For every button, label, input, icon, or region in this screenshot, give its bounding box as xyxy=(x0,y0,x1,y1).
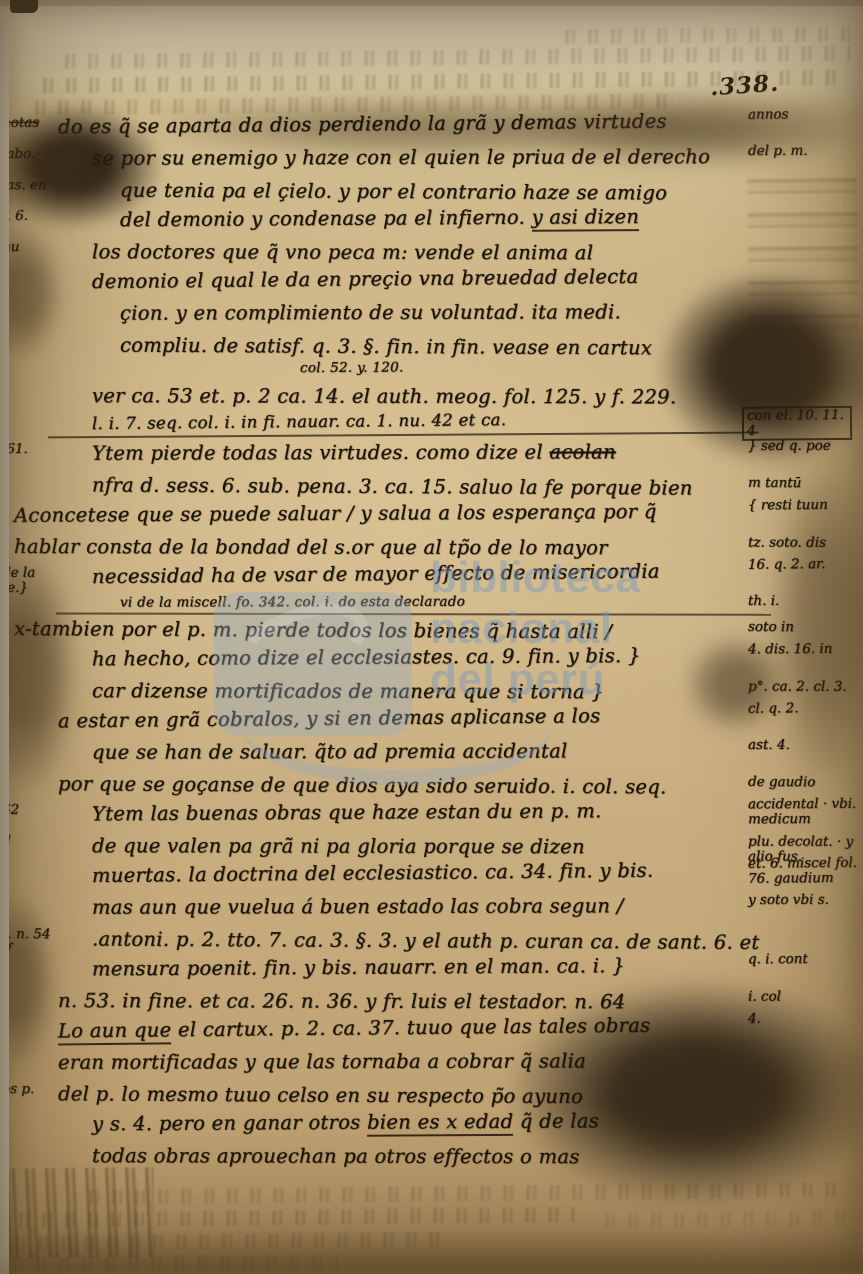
margin-note-right: 16. q. 2. ar. xyxy=(748,557,860,573)
bleed-through-line xyxy=(4,1167,155,1259)
line-text: del demonio y condenase pa el infierno. … xyxy=(120,201,639,235)
line-text: Ytem pierde todas las virtudes. como diz… xyxy=(92,436,616,468)
margin-note-right: accidental · vbi. medicum xyxy=(748,797,860,828)
line-text: çion. y en complimiento de su voluntad. … xyxy=(120,296,621,328)
margin-note-right: 4. dis. 16. in xyxy=(748,642,860,658)
manuscript-line: ha hecho, como dize el ecclesiastes. ca.… xyxy=(0,639,863,675)
margin-note-left: nu xyxy=(2,240,56,255)
bleed-through-line xyxy=(60,46,850,69)
manuscript-line: Aconcetese que se puede saluar / y salua… xyxy=(0,495,863,531)
margin-note-right: 4. xyxy=(748,1011,860,1027)
manuscript-line: eran mortificadas y que las tornaba a co… xyxy=(0,1045,863,1078)
line-text: Aconcetese que se puede saluar / y salua… xyxy=(14,496,657,531)
line-text: muertas. la doctrina del ecclesiastico. … xyxy=(92,855,654,891)
line-text: necessidad ha de vsar de mayor effecto d… xyxy=(92,556,660,592)
margin-note-left: d xyxy=(2,834,56,849)
margin-note-left: iabo. xyxy=(2,147,56,162)
scan-edge xyxy=(0,0,863,6)
margin-note-right: q. i. cont xyxy=(748,952,860,968)
line-text: do es q̃ se aparta da dios perdiendo la … xyxy=(58,106,667,143)
manuscript-line: iabo.se por su enemigo y haze con el qui… xyxy=(0,141,863,174)
bleed-through-line xyxy=(84,1182,844,1205)
line-text: se por su enemigo y haze con el quien le… xyxy=(92,141,710,174)
bleed-through-line xyxy=(600,1211,850,1229)
manuscript-line: vi de la miscell. fo. 342. col. i. do es… xyxy=(0,591,863,613)
manuscript-line: y s. 4. pero en ganar otros bien es x ed… xyxy=(0,1104,863,1140)
manuscript-line: col. 52. y. 120. xyxy=(0,355,863,380)
line-text: Ytem las buenas obras que haze estan du … xyxy=(92,795,602,829)
line-text: eran mortificadas y que las tornaba a co… xyxy=(58,1045,586,1077)
line-text: demonio el qual le da en preçio vna breu… xyxy=(92,261,639,297)
line-text: vi de la miscell. fo. 342. col. i. do es… xyxy=(120,592,465,613)
line-text: y s. 4. pero en ganar otros bien es x ed… xyxy=(92,1105,599,1139)
margin-note-left: os p. xyxy=(2,1082,56,1097)
margin-note-right: p°. ca. 2. cl. 3. xyxy=(748,680,860,695)
margin-note-right: y soto vbi s. xyxy=(748,893,860,908)
line-text: Lo aun que el cartux. p. 2. ca. 37. tuuo… xyxy=(58,1010,651,1047)
margin-note-right: tz. soto. dis xyxy=(748,536,860,551)
scan-edge xyxy=(0,0,9,1274)
manuscript-page: .338. notasdo es q̃ se aparta da dios pe… xyxy=(0,0,863,1274)
line-text: mensura poenit. fin. y bis. nauarr. en e… xyxy=(92,950,625,984)
line-text: que se han de saluar. q̃to ad premia acc… xyxy=(92,736,568,768)
line-text: a estar en grã cobralos, y si en demas a… xyxy=(58,700,601,736)
line-text: ha hecho, como dize el ecclesiastes. ca.… xyxy=(92,640,641,674)
margin-note-right: i. col xyxy=(748,990,860,1005)
margin-note-right: et. 6. miscel fol. 76. gaudium xyxy=(748,856,860,887)
line-text: todas obras aprouechan pa otros effectos… xyxy=(92,1140,580,1172)
manuscript-text-block: notasdo es q̃ se aparta da dios perdiend… xyxy=(0,112,863,1171)
manuscript-line: que se han de saluar. q̃to ad premia acc… xyxy=(0,735,863,768)
margin-note-right: annos xyxy=(748,107,860,123)
manuscript-line: mensura poenit. fin. y bis. nauarr. en e… xyxy=(0,949,863,985)
margin-note-left: f. 6. xyxy=(2,209,56,224)
margin-note-left: notas xyxy=(2,115,56,131)
folio-number: .338. xyxy=(709,70,780,102)
margin-note-right: cl. q. 2. xyxy=(748,701,860,717)
margin-note-right: th. i. xyxy=(748,594,860,609)
corner-mark xyxy=(10,0,38,13)
margin-note-right: del p. m. xyxy=(748,144,860,159)
manuscript-line: çion. y en complimiento de su voluntad. … xyxy=(0,296,863,329)
manuscript-line: todas obras aprouechan pa otros effectos… xyxy=(0,1140,863,1173)
margin-note-left: .61. xyxy=(2,442,56,457)
margin-note-right: soto in xyxy=(748,620,860,636)
manuscript-line: 62Ytem las buenas obras que haze estan d… xyxy=(0,794,863,830)
line-text: l. i. 7. seq. col. i. in fi. nauar. ca. … xyxy=(92,406,507,437)
manuscript-line: f. 6.del demonio y condenase pa el infie… xyxy=(0,200,863,236)
margin-note-right: de gaudio xyxy=(748,775,860,791)
line-text: mas aun que vuelua á buen estado las cob… xyxy=(92,890,624,922)
line-text: col. 52. y. 120. xyxy=(300,358,404,379)
margin-note-left: 62 xyxy=(2,803,56,818)
bleed-through-line xyxy=(560,26,850,44)
margin-note-right: m tantū xyxy=(748,476,860,492)
margin-note-right: } sed q. poe xyxy=(748,439,860,454)
margin-note-left: de la fe.} xyxy=(2,565,56,596)
manuscript-line: mas aun que vuelua á buen estado las cob… xyxy=(0,890,863,923)
manuscript-line: .61.Ytem pierde todas las virtudes. como… xyxy=(0,436,863,469)
margin-note-left: ias. en xyxy=(2,178,56,193)
margin-note-right: { resti tuun xyxy=(748,498,860,514)
margin-note-right: ast. 4. xyxy=(748,738,860,753)
